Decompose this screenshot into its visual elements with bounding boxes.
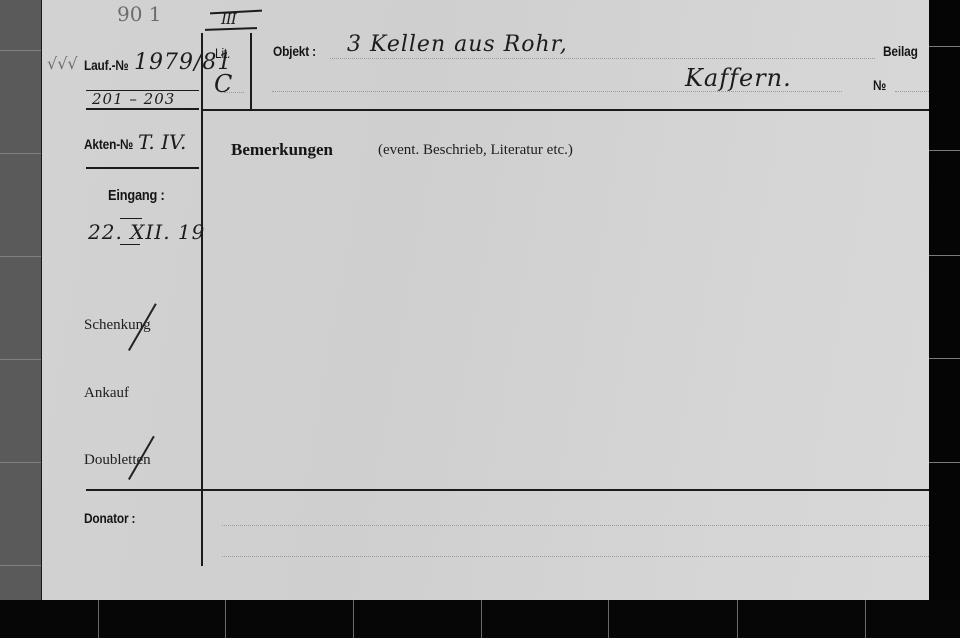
grid-line — [928, 358, 960, 359]
grid-line — [353, 600, 354, 638]
left-column-divider — [201, 33, 203, 566]
grid-line — [928, 150, 960, 151]
lit-label: Lit. — [215, 45, 230, 61]
background-grid-paper — [0, 0, 44, 600]
index-card: 90 1 √√√ III Lauf.-№ 1979/81 201 – 203 L… — [41, 0, 929, 600]
numeral-overline — [210, 10, 262, 15]
akten-label: Akten-№ — [84, 136, 133, 152]
donator-rule — [86, 489, 929, 491]
grid-line — [98, 600, 99, 638]
grid-line — [928, 255, 960, 256]
akten-value: T. IV. — [138, 130, 186, 154]
akten-rule — [86, 167, 199, 169]
objekt-label: Objekt : — [273, 43, 316, 59]
donator-dotted-line-2 — [222, 556, 929, 557]
lit-dotted-line — [224, 92, 244, 93]
objekt-line-2: Kaffern. — [685, 64, 792, 92]
eingang-value: 22. XII. 19 — [88, 220, 205, 244]
eingang-label: Eingang : — [108, 187, 165, 204]
grid-line — [928, 46, 960, 47]
lit-divider — [250, 33, 252, 109]
grid-line — [608, 600, 609, 638]
grid-line — [225, 600, 226, 638]
lit-value: C — [214, 70, 232, 98]
roman-numeral-header: III — [221, 10, 236, 28]
objekt-dotted-line-1 — [330, 58, 875, 59]
lauf-bottom-rule — [86, 108, 199, 110]
pencil-number: 90 1 — [117, 2, 162, 26]
donator-dotted-line-1 — [222, 525, 929, 526]
bemerkungen-label: Bemerkungen — [231, 140, 333, 160]
grid-line — [928, 462, 960, 463]
grid-line — [737, 600, 738, 638]
lauf-range: 201 – 203 — [92, 90, 175, 108]
bemerkungen-hint: (event. Beschrieb, Literatur etc.) — [378, 142, 573, 159]
beilage-number-label: № — [873, 77, 886, 93]
background-black — [0, 600, 960, 638]
lauf-label: Lauf.-№ — [84, 57, 128, 73]
grid-line — [481, 600, 482, 638]
beilage-dotted-line — [895, 91, 929, 92]
option-ankauf: Ankauf — [84, 385, 129, 402]
beilage-label: Beilag — [883, 43, 918, 59]
header-rule — [202, 109, 929, 111]
pencil-checkmarks: √√√ — [47, 54, 78, 73]
eingang-overline — [120, 218, 142, 219]
grid-line — [865, 600, 866, 638]
donator-label: Donator : — [84, 510, 135, 526]
objekt-line-1: 3 Kellen aus Rohr, — [347, 32, 568, 57]
eingang-underline — [120, 244, 140, 245]
numeral-underline — [205, 27, 257, 31]
